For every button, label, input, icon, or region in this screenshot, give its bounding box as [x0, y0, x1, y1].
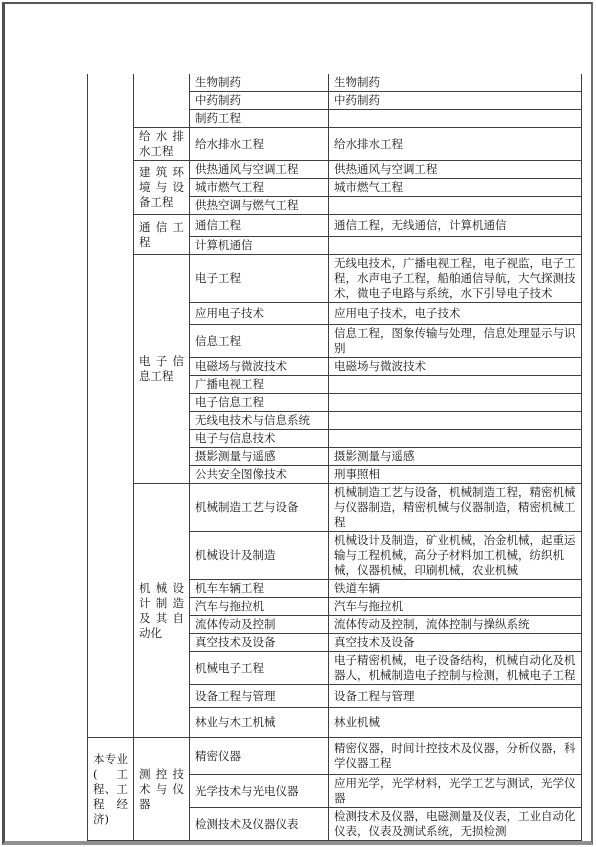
old-major-cell: [329, 197, 582, 215]
old-major-cell: 真空技术及设备: [329, 634, 582, 652]
major-cell: 公共安全图像技术: [190, 466, 329, 484]
table-row: 生物制药 生物制药: [88, 74, 582, 92]
major-correspondence-table: 生物制药 生物制药 中药制药 中药制药 制药工程 给水排水工程 给水排水工程 给…: [87, 74, 582, 841]
major-cell: 林业与木工机械: [190, 708, 329, 738]
major-cell: 城市燃气工程: [190, 179, 329, 197]
table-row: 通信工程 通信工程 通信工程，无线通信，计算机通信: [88, 215, 582, 237]
old-major-cell: 电磁场与微波技术: [329, 358, 582, 376]
major-cell: 中药制药: [190, 92, 329, 110]
major-cell: 流体传动及控制: [190, 616, 329, 634]
old-major-cell: 铁道车辆: [329, 580, 582, 598]
old-major-cell: 汽车与拖拉机: [329, 598, 582, 616]
table-row: 建筑环境与设备工程 供热通风与空调工程 供热通风与空调工程: [88, 161, 582, 179]
major-cell: 摄影测量与遥感: [190, 448, 329, 466]
scope-cell: 本专业(工程、工程经济): [88, 738, 134, 841]
major-cell: 机械电子工程: [190, 652, 329, 685]
major-cell: 电子与信息技术: [190, 430, 329, 448]
category-cell: 通信工程: [134, 215, 190, 255]
table-row: 电子信息工程 电子工程 无线电技术，广播电视工程，电子视监，电子工程，水声电子工…: [88, 255, 582, 303]
major-cell: 电磁场与微波技术: [190, 358, 329, 376]
category-cell: 机械设计制造及其自动化: [134, 484, 190, 738]
major-cell: 无线电技术与信息系统: [190, 412, 329, 430]
old-major-cell: [329, 394, 582, 412]
old-major-cell: 设备工程与管理: [329, 685, 582, 708]
major-cell: 供热通风与空调工程: [190, 161, 329, 179]
major-cell: 通信工程: [190, 215, 329, 237]
old-major-cell: [329, 412, 582, 430]
old-major-cell: 林业机械: [329, 708, 582, 738]
old-major-cell: 机械设计及制造，矿业机械，冶金机械，起重运输与工程机械，高分子材料加工机械，纺织…: [329, 532, 582, 580]
category-cell: [134, 74, 190, 128]
old-major-cell: 无线电技术，广播电视工程，电子视监，电子工程，水声电子工程，船舶通信导航，大气探…: [329, 255, 582, 303]
old-major-cell: 通信工程，无线通信，计算机通信: [329, 215, 582, 237]
old-major-cell: 城市燃气工程: [329, 179, 582, 197]
major-cell: 应用电子技术: [190, 303, 329, 325]
category-cell: 测控技术与仪器: [134, 738, 190, 841]
old-major-cell: 摄影测量与遥感: [329, 448, 582, 466]
major-cell: 广播电视工程: [190, 376, 329, 394]
major-cell: 检测技术及仪器仪表: [190, 808, 329, 841]
category-cell: 建筑环境与设备工程: [134, 161, 190, 215]
old-major-cell: 信息工程，图象传输与处理，信息处理显示与识别: [329, 325, 582, 358]
major-cell: 设备工程与管理: [190, 685, 329, 708]
major-cell: 供热空调与燃气工程: [190, 197, 329, 215]
old-major-cell: 检测技术及仪器，电磁测量及仪表，工业自动化仪表，仪表及测试系统，无损检测: [329, 808, 582, 841]
old-major-cell: 电子精密机械，电子设备结构，机械自动化及机器人，机械制造电子控制与检测，机械电子…: [329, 652, 582, 685]
major-cell: 计算机通信: [190, 237, 329, 255]
category-cell: 电子信息工程: [134, 255, 190, 484]
old-major-cell: 精密仪器，时间计控技术及仪器，分析仪器，科学仪器工程: [329, 738, 582, 775]
old-major-cell: 生物制药: [329, 74, 582, 92]
major-cell: 给水排水工程: [190, 128, 329, 161]
major-cell: 电子工程: [190, 255, 329, 303]
old-major-cell: [329, 110, 582, 128]
major-cell: 信息工程: [190, 325, 329, 358]
major-cell: 精密仪器: [190, 738, 329, 775]
scope-empty-cell: [88, 74, 134, 738]
major-cell: 机械设计及制造: [190, 532, 329, 580]
category-cell: 给水排水工程: [134, 128, 190, 161]
old-major-cell: 应用电子技术，电子技术: [329, 303, 582, 325]
major-cell: 汽车与拖拉机: [190, 598, 329, 616]
major-cell: 电子信息工程: [190, 394, 329, 412]
major-cell: 真空技术及设备: [190, 634, 329, 652]
table-row: 机械设计制造及其自动化 机械制造工艺与设备 机械制造工艺与设备，机械制造工程，精…: [88, 484, 582, 532]
major-cell: 生物制药: [190, 74, 329, 92]
old-major-cell: [329, 376, 582, 394]
table-row: 本专业(工程、工程经济) 测控技术与仪器 精密仪器 精密仪器，时间计控技术及仪器…: [88, 738, 582, 775]
table-row: 给水排水工程 给水排水工程 给水排水工程: [88, 128, 582, 161]
old-major-cell: 机械制造工艺与设备，机械制造工程，精密机械与仪器制造，精密机械与仪器制造，精密机…: [329, 484, 582, 532]
old-major-cell: 流体传动及控制，流体控制与操纵系统: [329, 616, 582, 634]
major-cell: 机车车辆工程: [190, 580, 329, 598]
major-cell: 机械制造工艺与设备: [190, 484, 329, 532]
old-major-cell: 供热通风与空调工程: [329, 161, 582, 179]
old-major-cell: 中药制药: [329, 92, 582, 110]
old-major-cell: [329, 430, 582, 448]
old-major-cell: 应用光学，光学材料，光学工艺与测试，光学仪器: [329, 775, 582, 808]
old-major-cell: 给水排水工程: [329, 128, 582, 161]
old-major-cell: 刑事照相: [329, 466, 582, 484]
old-major-cell: [329, 237, 582, 255]
major-cell: 光学技术与光电仪器: [190, 775, 329, 808]
major-cell: 制药工程: [190, 110, 329, 128]
